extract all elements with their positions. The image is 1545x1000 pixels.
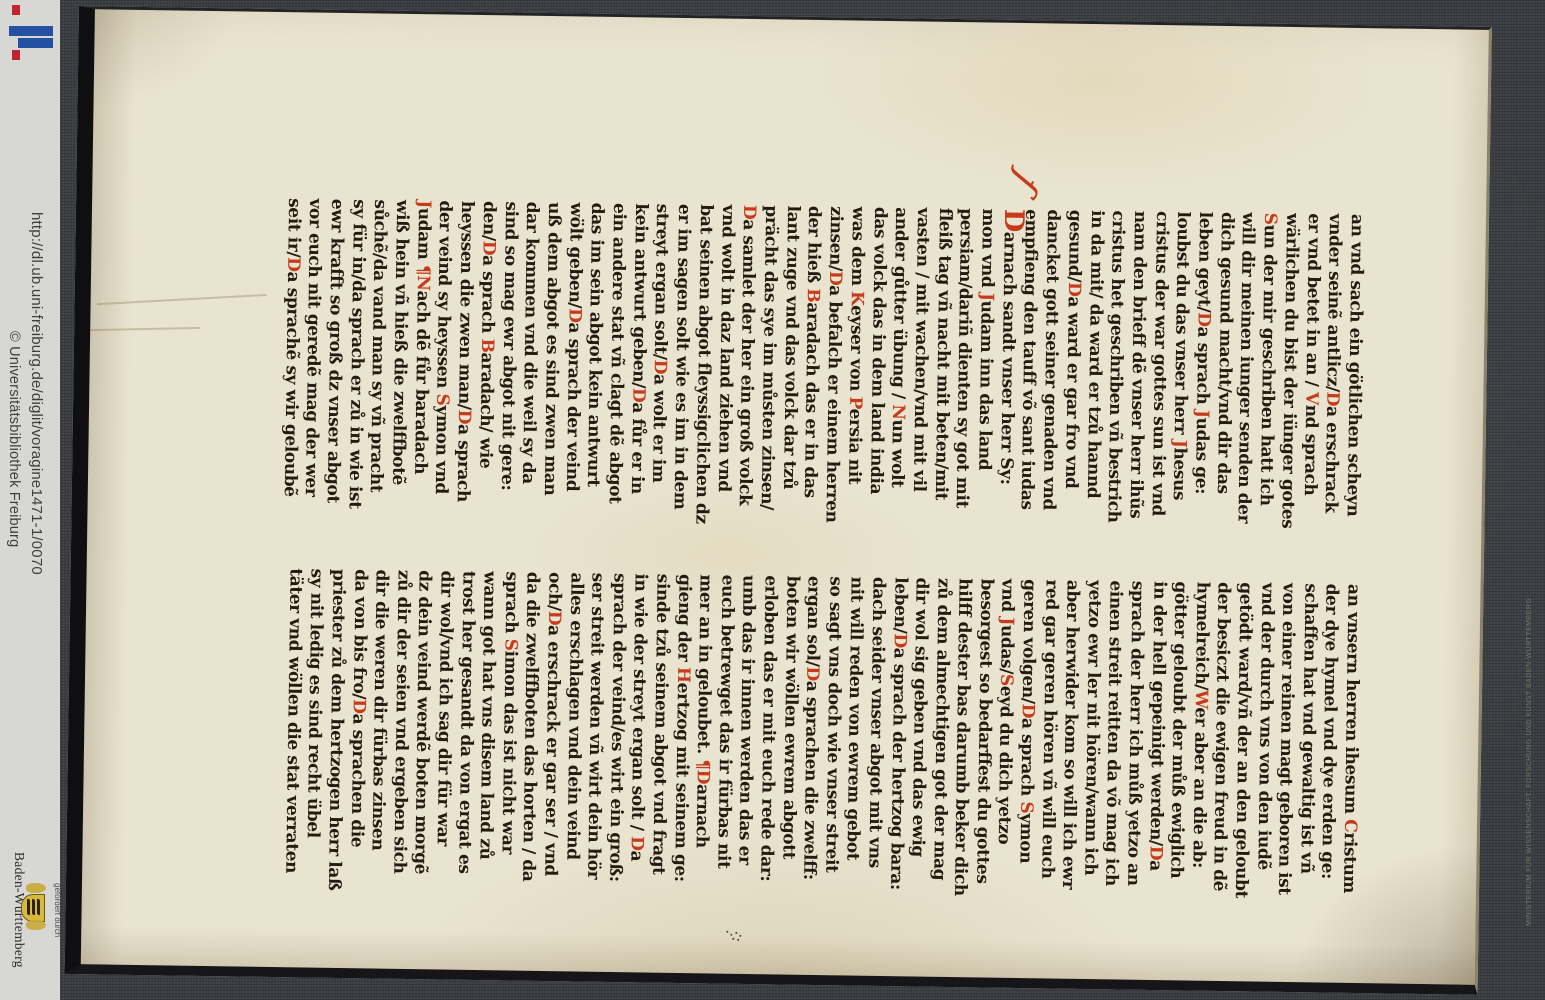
rubricated-initial: D: [1145, 846, 1165, 861]
rubricated-initial: C: [1340, 819, 1360, 832]
text-column-2: an vnsern herren ihesum Cristumder dye h…: [278, 568, 1363, 937]
rubricated-initial: D: [348, 699, 368, 714]
digitized-page-viewer: an vnd sach ein götlichen scheynvnder se…: [0, 0, 1545, 1000]
rubricated-initial: B: [477, 338, 497, 352]
rubricated-initial: K: [846, 291, 866, 305]
parchment-crease: [90, 327, 200, 331]
logo-bar: [12, 5, 20, 15]
ministry-watermark: MINISTERIUM FÜR WISSENSCHAFT, FORSCHUNG …: [1526, 598, 1533, 926]
rubricated-initial: W: [1191, 690, 1211, 708]
rubricated-initial: D: [564, 308, 584, 323]
source-url-text: http://dl.ub.uni-freiburg.de/diglit/vora…: [28, 212, 45, 575]
logo-bar: [9, 26, 53, 36]
ink-speckles: [726, 931, 728, 933]
rubricated-initial: S: [1016, 801, 1036, 813]
rubricated-initial: D: [998, 209, 1029, 232]
rubricated-initial: P: [845, 396, 865, 408]
text-column-1: an vnd sach ein götlichen scheynvnder se…: [277, 198, 1367, 546]
rubricated-initial: D: [802, 666, 822, 681]
rubricated-initial: D: [739, 205, 759, 220]
rubricated-initial: V: [1301, 392, 1321, 405]
rubricated-initial: D: [627, 836, 647, 851]
rubricated-initial: H: [673, 667, 693, 683]
logo-bar: [18, 38, 53, 48]
ub-freiburg-logo-icon: [0, 0, 60, 66]
rubricated-initial: ¶N: [413, 265, 433, 291]
rubric-flourish-mark: ſ: [1013, 171, 1039, 193]
rubricated-initial: N: [888, 404, 908, 419]
rubricated-initial: S: [1260, 213, 1280, 225]
frame-sidebar: http://dl.ub.uni-freiburg.de/diglit/vora…: [0, 0, 60, 1000]
rubricated-initial: D: [889, 633, 909, 648]
rubricated-initial: D: [1323, 392, 1343, 407]
rubricated-initial: D: [454, 410, 474, 425]
rubricated-initial: D: [1018, 704, 1038, 719]
parchment-crease: [97, 294, 267, 305]
rubricated-initial: D: [478, 241, 498, 256]
rubricated-initial: D: [825, 271, 845, 286]
heraldic-lion: [27, 898, 30, 915]
rubricated-initial: D: [650, 360, 670, 375]
rubricated-initial: ¶D: [693, 759, 713, 784]
rubricated-initial: D: [544, 611, 564, 626]
heraldic-supporter: [26, 883, 46, 893]
funded-by-label: gefördert durch: [53, 883, 62, 937]
parchment-page: an vnd sach ein götlichen scheynvnder se…: [65, 6, 1492, 995]
heraldic-lion: [37, 898, 40, 915]
rubricated-initial: D: [628, 388, 648, 403]
rubricated-initial: S: [997, 674, 1017, 686]
heraldic-shield: [21, 894, 45, 922]
rubricated-initial: D: [283, 257, 303, 272]
rubricated-initial: B: [803, 288, 823, 302]
copyright-text: © Universitätsbibliothek Freiburg: [6, 331, 22, 547]
rubricated-initial: D: [1064, 282, 1084, 297]
logo-bar: [12, 50, 20, 60]
rubricated-initial: S: [433, 393, 453, 405]
rubricated-initial: D: [1193, 312, 1213, 327]
heraldic-lion: [32, 898, 35, 915]
heraldic-supporter: [26, 920, 46, 930]
rubricated-initial: S: [500, 639, 520, 651]
